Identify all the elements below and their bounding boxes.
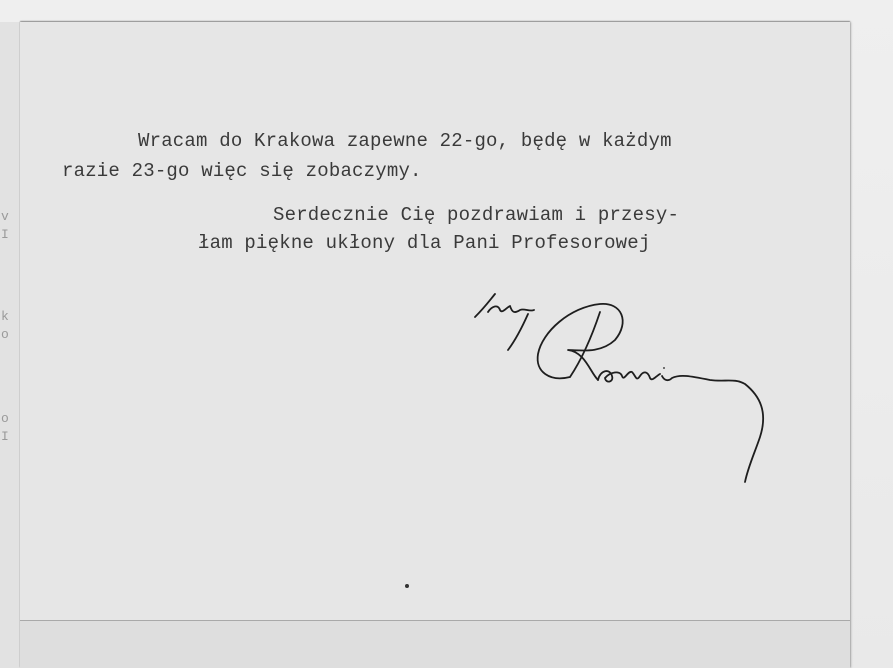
ink-speck bbox=[405, 584, 409, 588]
ghost-letter: I bbox=[1, 430, 9, 444]
ghost-letter: v bbox=[1, 210, 9, 224]
handwritten-signature bbox=[450, 292, 810, 492]
text-line: Serdecznie Cię pozdrawiam i przesy- bbox=[273, 204, 679, 226]
text-line: razie 23-go więc się zobaczymy. bbox=[62, 160, 422, 182]
underlying-page-edge: v I k o o I bbox=[0, 22, 21, 668]
ghost-letter: k bbox=[1, 310, 9, 324]
ghost-letter: o bbox=[1, 412, 9, 426]
ghost-letter: I bbox=[1, 228, 9, 242]
fold-section bbox=[20, 621, 850, 668]
text-line: łam piękne ukłony dla Pani Profesorowej bbox=[198, 232, 650, 254]
text-line: Wracam do Krakowa zapewne 22-go, będę w … bbox=[138, 130, 672, 152]
letter-page: Wracam do Krakowa zapewne 22-go, będę w … bbox=[20, 22, 850, 668]
ghost-letter: o bbox=[1, 328, 9, 342]
